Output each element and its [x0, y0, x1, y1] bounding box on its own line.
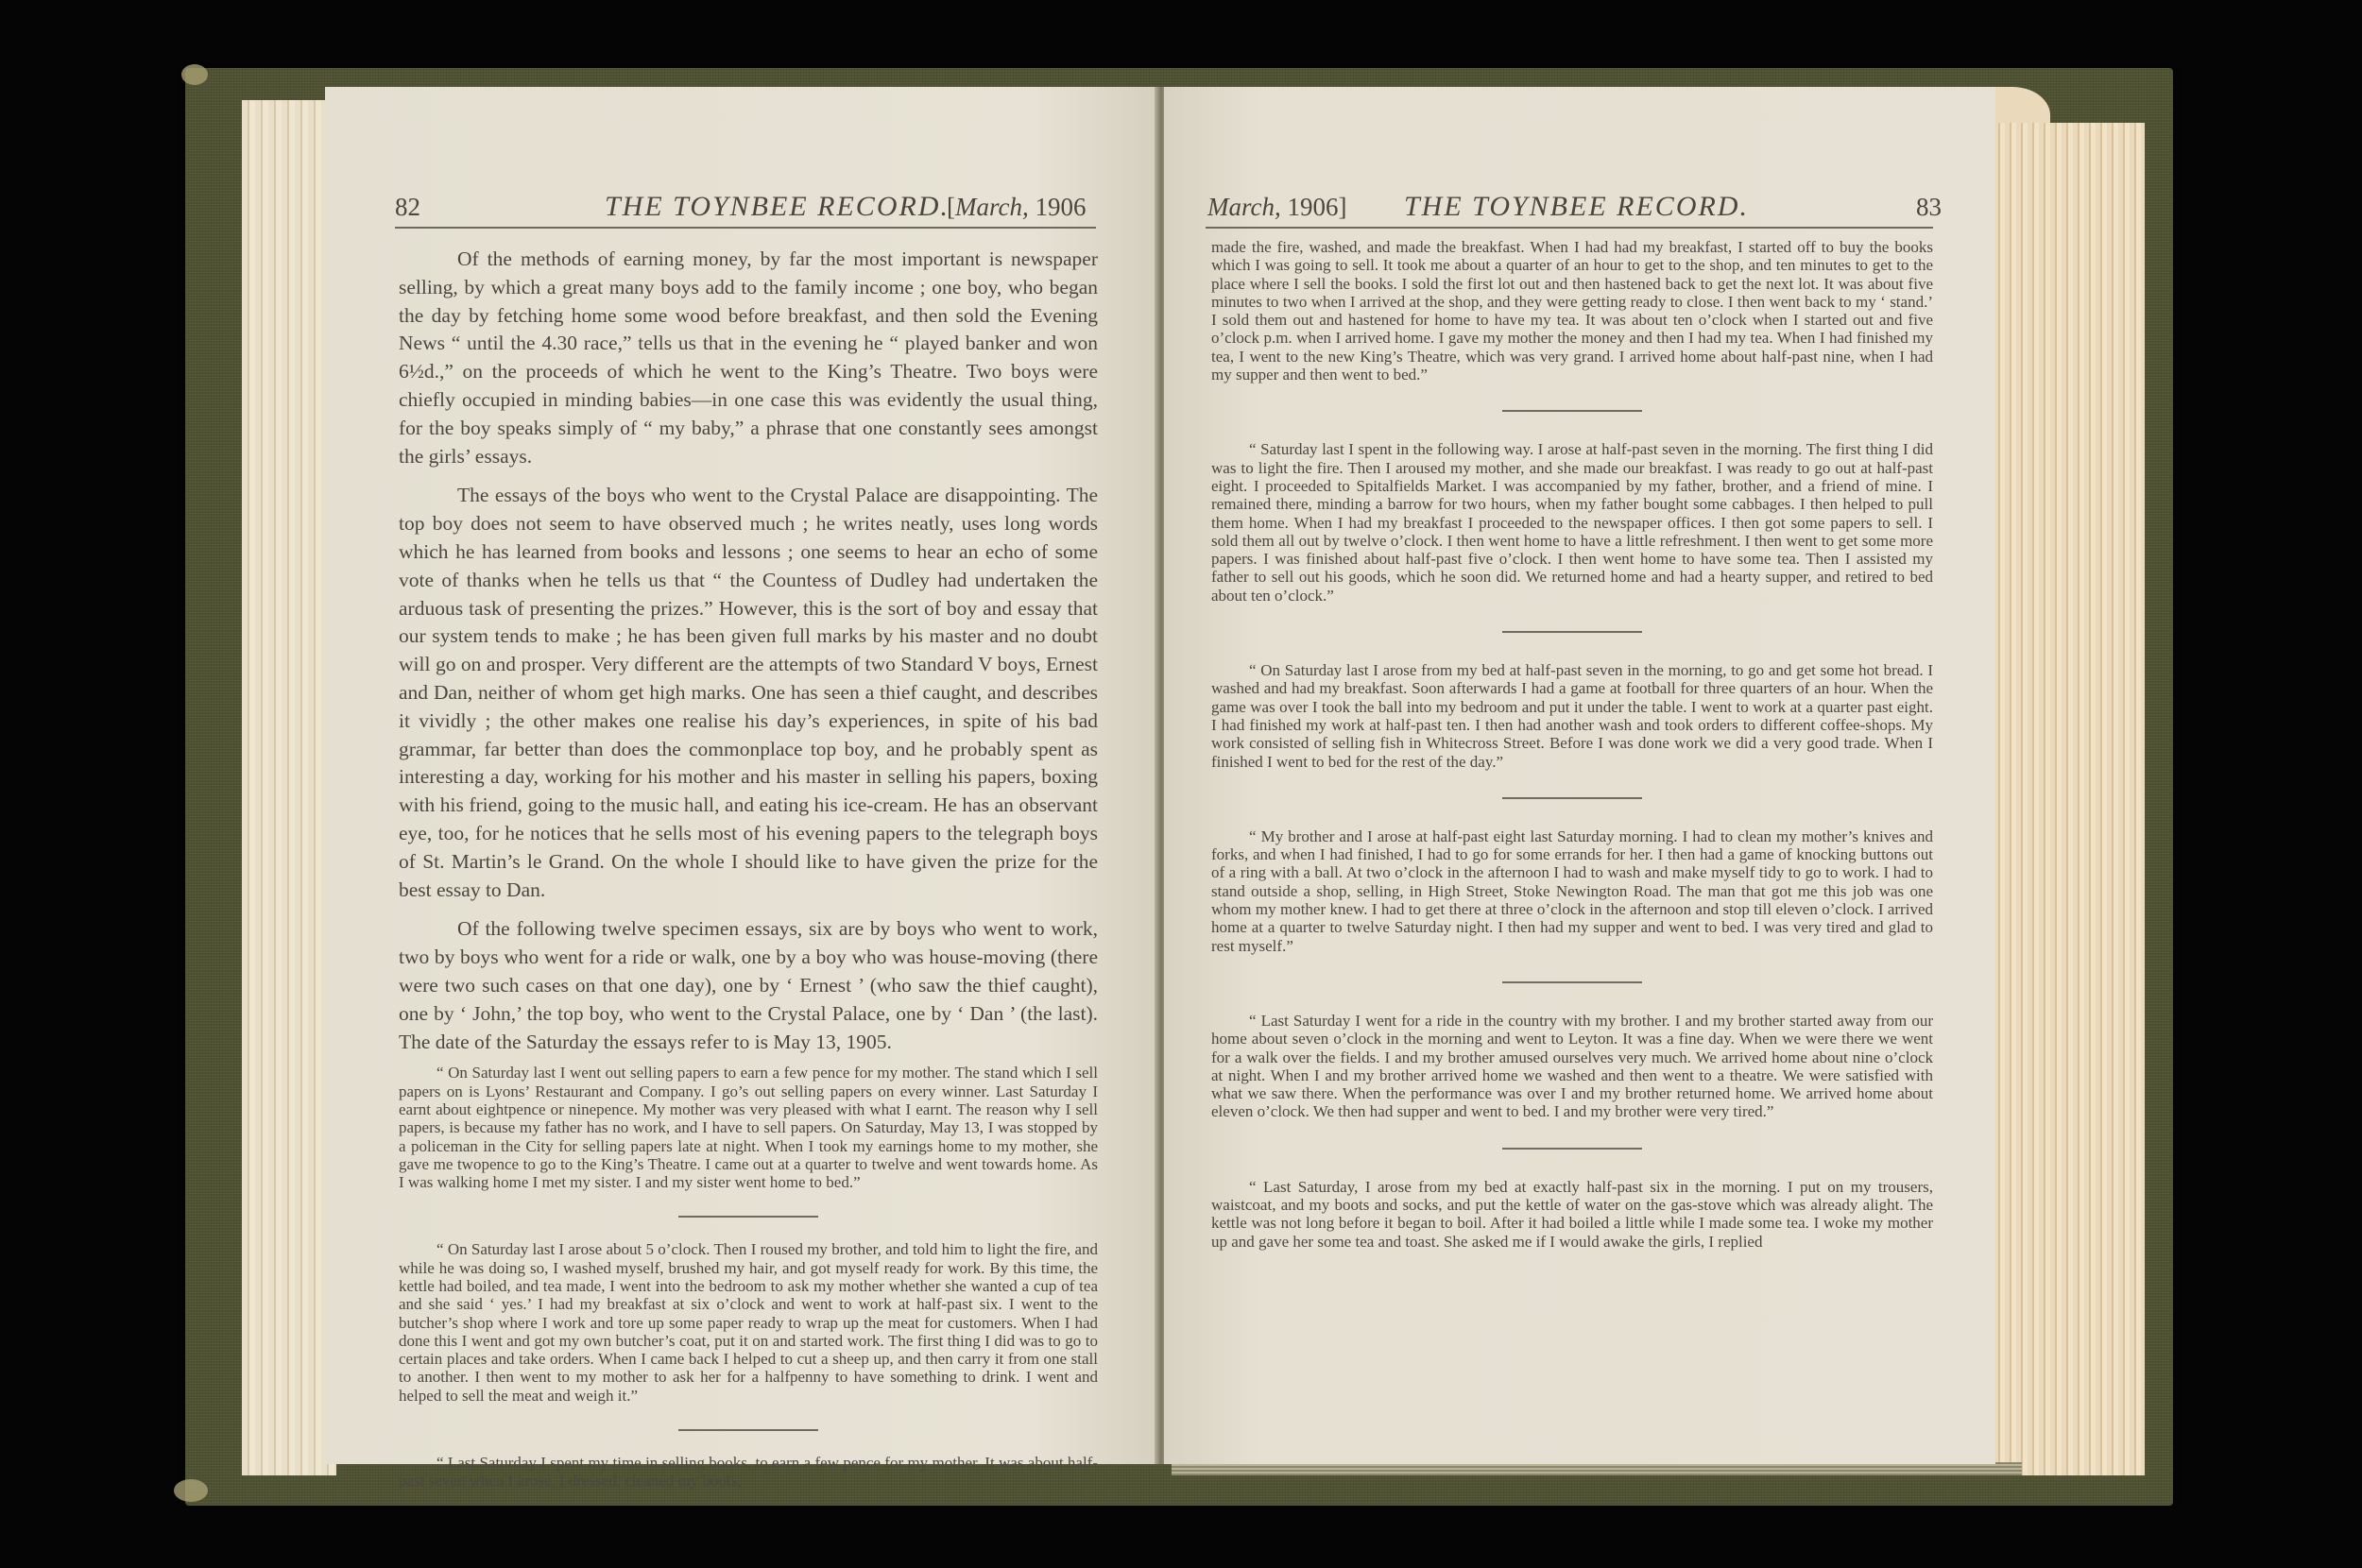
essay-quote: “ Last Saturday, I arose from my bed at … — [1211, 1178, 1933, 1251]
paragraph: Of the following twelve specimen essays,… — [399, 915, 1098, 1056]
header-rule — [1206, 227, 1933, 229]
running-title: THE TOYNBEE RECORD. — [605, 191, 950, 223]
section-rule — [1502, 797, 1642, 799]
essay-quote-continued: made the fire, washed, and made the brea… — [1211, 238, 1933, 383]
page-number: 83 — [1916, 193, 1942, 222]
frayed-corner — [174, 1479, 208, 1502]
left-page-body: Of the methods of earning money, by far … — [399, 246, 1098, 1491]
right-page-body: made the fire, washed, and made the brea… — [1211, 238, 1933, 1251]
right-page-stack — [1994, 123, 2145, 1475]
left-page: 82 THE TOYNBEE RECORD. [March, 1906 Of t… — [325, 87, 1156, 1464]
section-rule — [1502, 981, 1642, 983]
essay-quote: “ Saturday last I spent in the following… — [1211, 440, 1933, 605]
frayed-corner — [181, 64, 208, 85]
essay-quote: “ Last Saturday I went for a ride in the… — [1211, 1012, 1933, 1121]
running-head: March, 1906] THE TOYNBEE RECORD. 83 — [1164, 193, 1995, 230]
section-rule — [678, 1429, 818, 1431]
header-rule — [395, 227, 1096, 229]
essay-quote: “ On Saturday last I went out selling pa… — [399, 1064, 1098, 1191]
running-title: THE TOYNBEE RECORD. — [1404, 191, 1749, 223]
right-page: March, 1906] THE TOYNBEE RECORD. 83 made… — [1164, 87, 1995, 1464]
left-page-stack — [242, 100, 336, 1475]
section-rule — [1502, 631, 1642, 633]
page-bottom-edges — [1172, 1462, 2022, 1475]
section-rule — [1502, 1148, 1642, 1150]
paragraph: The essays of the boys who went to the C… — [399, 482, 1098, 904]
section-rule — [1502, 410, 1642, 412]
essay-quote: “ Last Saturday I spent my time in selli… — [399, 1454, 1098, 1491]
essay-quote: “ My brother and I arose at half-past ei… — [1211, 827, 1933, 955]
issue-date: [March, 1906 — [947, 193, 1086, 222]
issue-date: March, 1906] — [1207, 193, 1346, 222]
running-head: 82 THE TOYNBEE RECORD. [March, 1906 — [325, 193, 1156, 230]
essay-quote: “ On Saturday last I arose about 5 o’clo… — [399, 1240, 1098, 1405]
section-rule — [678, 1216, 818, 1218]
essay-quote: “ On Saturday last I arose from my bed a… — [1211, 661, 1933, 771]
paragraph: Of the methods of earning money, by far … — [399, 246, 1098, 470]
page-number: 82 — [395, 193, 420, 222]
